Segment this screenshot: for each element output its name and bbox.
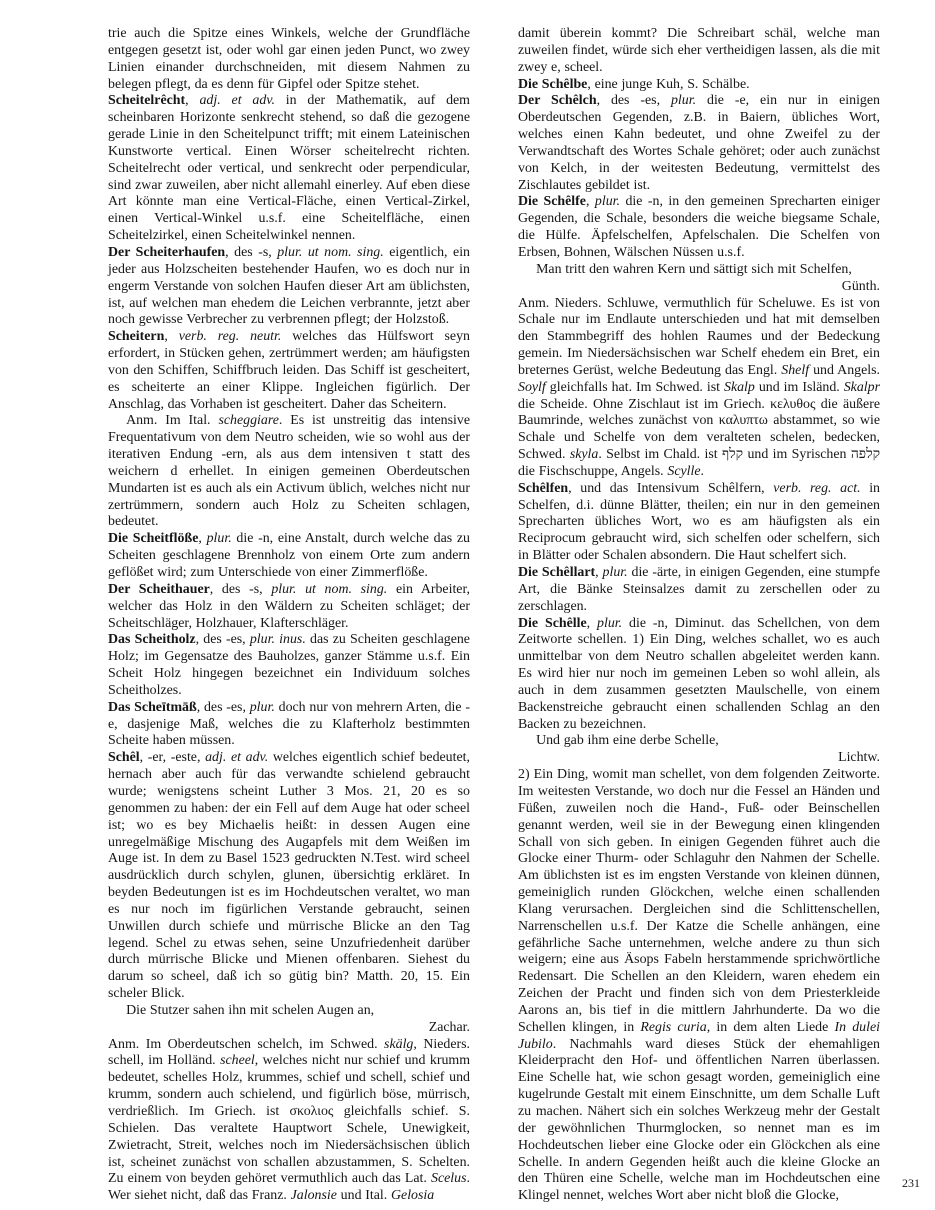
quotation-line: Man tritt den wahren Kern und sättigt si… [518, 262, 880, 279]
text-run: trie auch die Spitze eines Winkels, welc… [108, 26, 470, 92]
paragraph: trie auch die Spitze eines Winkels, welc… [108, 26, 470, 93]
text-run: Regis curia [640, 1020, 706, 1035]
headword: Die Schêlle [518, 616, 587, 631]
headword: Das Scheitholz [108, 632, 196, 647]
text-run: die -n, Diminut. das Schellchen, von dem… [518, 616, 880, 732]
text-run: plur. inus. [250, 632, 306, 647]
text-run: verb. reg. neutr. [179, 329, 282, 344]
text-run: Scelus [431, 1171, 467, 1186]
text-run: , und das Intensivum Schêlfern, [568, 481, 773, 496]
text-run: Skalpr [844, 380, 880, 395]
text-run: plur. [207, 531, 232, 546]
text-run: , des -es, [196, 632, 250, 647]
text-run: und im Isländ. [755, 380, 844, 395]
text-run: plur. [595, 194, 620, 209]
text-run: verb. reg. act. [773, 481, 860, 496]
text-run: Anm. Im Oberdeutschen schelch, im Schwed… [108, 1037, 384, 1052]
headword: Schêlfen [518, 481, 568, 496]
dictionary-page: trie auch die Spitze eines Winkels, welc… [0, 0, 935, 1210]
text-run: Man tritt den wahren Kern und sättigt si… [536, 262, 852, 277]
text-run: , des -s, [210, 582, 272, 597]
dictionary-entry: Das Scheītmāß, des -es, plur. doch nur v… [108, 700, 470, 751]
quotation-line: Die Stutzer sahen ihn mit schelen Augen … [108, 1003, 470, 1020]
dictionary-entry: Der Scheithauer, des -s, plur. ut nom. s… [108, 582, 470, 633]
headword: Die Schêlfe [518, 194, 586, 209]
headword: Die Schêlbe [518, 77, 587, 92]
paragraph: 2) Ein Ding, womit man schellet, von dem… [518, 767, 880, 1205]
text-run: , in dem alten Liede [707, 1020, 835, 1035]
text-run: , des -s, [225, 245, 277, 260]
text-run: , [185, 93, 199, 108]
page-number: 231 [902, 1176, 920, 1190]
text-run: Soylf [518, 380, 546, 395]
text-run: Zachar. [429, 1020, 470, 1035]
left-column: trie auch die Spitze eines Winkels, welc… [108, 26, 470, 1210]
text-run: in der Mathematik, auf dem scheinbaren H… [108, 93, 470, 243]
quotation-attribution: Günth. [518, 279, 880, 296]
text-run: skälg [384, 1037, 413, 1052]
text-run: Günth. [842, 279, 880, 294]
text-run: , [198, 531, 206, 546]
text-run: plur. [603, 565, 628, 580]
headword: Der Schêlch [518, 93, 597, 108]
text-run: . Es ist unstreitig das intensive Freque… [108, 413, 470, 529]
text-run: welches eigentlich schief bedeutet, hern… [108, 750, 470, 1001]
paragraph: Anm. Nieders. Schluwe, vermuthlich für S… [518, 296, 880, 481]
quotation-line: Und gab ihm eine derbe Schelle, [518, 733, 880, 750]
text-run: Shelf [781, 363, 809, 378]
text-run: plur. [250, 700, 275, 715]
dictionary-entry: Die Schêlfe, plur. die -n, in den gemein… [518, 194, 880, 261]
text-run: Anm. Im Ital. [126, 413, 218, 428]
text-run: und Angels. [809, 363, 880, 378]
dictionary-entry: Die Schêllart, plur. die -ärte, in einig… [518, 565, 880, 616]
text-run: plur. [671, 93, 696, 108]
text-run: , welches nicht nur schief und krumm bed… [108, 1053, 470, 1186]
quotation-attribution: Lichtw. [518, 750, 880, 767]
dictionary-entry: Der Schêlch, des -es, plur. die -e, ein … [518, 93, 880, 194]
dictionary-entry: Die Schêlle, plur. die -n, Diminut. das … [518, 616, 880, 734]
text-run: , [595, 565, 602, 580]
dictionary-entry: Scheitelrêcht, adj. et adv. in der Mathe… [108, 93, 470, 245]
text-run: Skalp [724, 380, 755, 395]
text-run: , -er, -este, [140, 750, 205, 765]
text-run: Die Stutzer sahen ihn mit schelen Augen … [126, 1003, 374, 1018]
text-run: , [587, 616, 597, 631]
text-run: , [586, 194, 595, 209]
headword: Das Scheītmāß [108, 700, 197, 715]
text-run: scheggiare [218, 413, 278, 428]
text-run: Jalonsie [291, 1188, 337, 1203]
text-run: scheel [220, 1053, 255, 1068]
paragraph: Anm. Im Oberdeutschen schelch, im Schwed… [108, 1037, 470, 1205]
text-run: . [701, 464, 704, 479]
text-run: gleichfalls hat. Im Schwed. ist [546, 380, 724, 395]
text-run: Scylle [667, 464, 700, 479]
dictionary-entry: Der Scheiterhaufen, des -s, plur. ut nom… [108, 245, 470, 329]
text-run: plur. [597, 616, 622, 631]
text-run: und Ital. [337, 1188, 391, 1203]
headword: Die Schêllart [518, 565, 595, 580]
text-run: adj. et adv. [199, 93, 274, 108]
dictionary-entry: Schêl, -er, -este, adj. et adv. welches … [108, 750, 470, 1003]
dictionary-entry: Scheitern, verb. reg. neutr. welches das… [108, 329, 470, 413]
text-run: plur. ut nom. sing. [277, 245, 384, 260]
headword: Die Scheitflöße [108, 531, 198, 546]
text-run: 2) Ein Ding, womit man schellet, von dem… [518, 767, 880, 1035]
text-run: skyla [570, 447, 599, 462]
text-run: plur. ut nom. sing. [271, 582, 387, 597]
dictionary-entry: Die Schêlbe, eine junge Kuh, S. Schälbe. [518, 77, 880, 94]
quotation-attribution: Zachar. [108, 1020, 470, 1037]
dictionary-entry: Schêlfen, und das Intensivum Schêlfern, … [518, 481, 880, 565]
paragraph: damit überein kommt? Die Schreibart schä… [518, 26, 880, 77]
text-run: , [164, 329, 178, 344]
text-run: damit überein kommt? Die Schreibart schä… [518, 26, 880, 75]
headword: Der Scheithauer [108, 582, 210, 597]
text-run: adj. et adv. [205, 750, 268, 765]
headword: Scheitelrêcht [108, 93, 185, 108]
right-column: damit überein kommt? Die Schreibart schä… [518, 26, 880, 1210]
headword: Scheitern [108, 329, 164, 344]
text-run: , des -es, [597, 93, 671, 108]
headword: Schêl [108, 750, 140, 765]
dictionary-entry: Die Scheitflöße, plur. die -n, eine Anst… [108, 531, 470, 582]
text-run: , des -es, [197, 700, 250, 715]
text-run: Gelosia [391, 1188, 434, 1203]
text-run: Lichtw. [838, 750, 880, 765]
headword: Der Scheiterhaufen [108, 245, 225, 260]
paragraph: Anm. Im Ital. scheggiare. Es ist unstrei… [108, 413, 470, 531]
text-run: , eine junge Kuh, S. Schälbe. [587, 77, 749, 92]
text-run: Und gab ihm eine derbe Schelle, [536, 733, 719, 748]
text-run: . Nachmahls ward dieses Stück der ehemah… [518, 1037, 880, 1204]
dictionary-entry: Das Scheitholz, des -es, plur. inus. das… [108, 632, 470, 699]
